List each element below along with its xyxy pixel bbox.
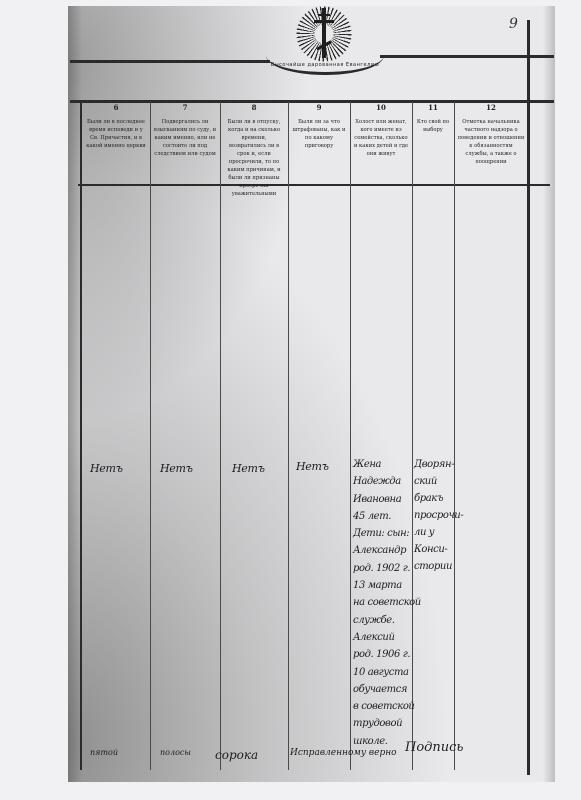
column-title: Были ли в последнее время исповеди и у С… bbox=[85, 118, 147, 150]
col-divider bbox=[454, 102, 455, 770]
entry-col10-family: Жена Надежда Ивановна 45 лет. Дети: сын:… bbox=[353, 456, 421, 750]
footer-word: пятой bbox=[90, 748, 118, 757]
emblem-ribbon: Высочайше дарованная Евангелию bbox=[266, 50, 384, 75]
text-line: Дворян- bbox=[414, 456, 463, 473]
entry-col6: Нетъ bbox=[90, 462, 123, 475]
emblem: Высочайше дарованная Евангелию bbox=[266, 6, 384, 78]
text-line: стории bbox=[414, 558, 463, 575]
entry-col11-marriage: Дворян- ский бракъ просрочи- ли у Конси-… bbox=[414, 456, 463, 575]
text-line: Конси- bbox=[414, 541, 463, 558]
text-line: Жена bbox=[353, 456, 421, 473]
column-title: Были ли за что штрафованы, как и по како… bbox=[291, 118, 347, 150]
text-line: обучается bbox=[353, 681, 421, 698]
text-line: просрочи- bbox=[414, 507, 463, 524]
col-divider bbox=[150, 102, 151, 770]
col-divider bbox=[220, 102, 221, 770]
text-line: ский bbox=[414, 473, 463, 490]
cross-bar-top bbox=[318, 14, 330, 16]
column-number: 8 bbox=[223, 104, 285, 112]
column-title: Были ли в отпуску, когда и на сколько вр… bbox=[223, 118, 285, 198]
page-number: 9 bbox=[509, 16, 518, 32]
entry-col8: Нетъ bbox=[232, 462, 265, 475]
text-line: Алексий bbox=[353, 629, 421, 646]
text-line: 13 марта bbox=[353, 577, 421, 594]
text-line: Александр bbox=[353, 542, 421, 559]
column-title: Отметка начальника частного надзора о по… bbox=[457, 118, 525, 166]
text-line: Дети: сын: bbox=[353, 525, 421, 542]
entry-col7: Нетъ bbox=[160, 462, 193, 475]
text-line: род. 1902 г. bbox=[353, 560, 421, 577]
column-title: Холост или женат, кого имеете из семейст… bbox=[353, 118, 409, 158]
column-number: 7 bbox=[153, 104, 217, 112]
text-line: 45 лет. bbox=[353, 508, 421, 525]
column-number: 10 bbox=[353, 104, 409, 112]
column-header-11: 11 Кто свой по выбору bbox=[412, 104, 454, 184]
column-header-6: 6 Были ли в последнее время исповеди и у… bbox=[82, 104, 150, 184]
column-header-7: 7 Подвергались ли взысканиям по суду, и … bbox=[150, 104, 220, 184]
text-line: на советской bbox=[353, 594, 421, 611]
column-title: Подвергались ли взысканиям по суду, и ка… bbox=[153, 118, 217, 158]
column-header-10: 10 Холост или женат, кого имеете из семе… bbox=[350, 104, 412, 184]
cross-bar-main bbox=[314, 20, 334, 23]
left-border bbox=[80, 100, 82, 770]
footer-word: полосы bbox=[160, 748, 191, 757]
header-bottom-rule bbox=[78, 184, 550, 186]
footer-signature: Подпись bbox=[405, 740, 464, 755]
header-top-rule bbox=[70, 100, 554, 103]
column-title: Кто свой по выбору bbox=[415, 118, 451, 134]
column-number: 6 bbox=[85, 104, 147, 112]
text-line: трудовой bbox=[353, 715, 421, 732]
text-line: род. 1906 г. bbox=[353, 646, 421, 663]
column-header-12: 12 Отметка начальника частного надзора о… bbox=[454, 104, 528, 184]
footer-word: сорока bbox=[215, 748, 258, 762]
column-number: 9 bbox=[291, 104, 347, 112]
column-number: 11 bbox=[415, 104, 451, 112]
text-line: бракъ bbox=[414, 490, 463, 507]
text-line: ли у bbox=[414, 524, 463, 541]
entry-col9: Нетъ bbox=[296, 460, 329, 473]
text-line: Надежда bbox=[353, 473, 421, 490]
column-number: 12 bbox=[457, 104, 525, 112]
footer-word: Исправленному верно bbox=[290, 748, 397, 758]
text-line: Ивановна bbox=[353, 491, 421, 508]
text-line: службе. bbox=[353, 612, 421, 629]
text-line: 10 августа bbox=[353, 664, 421, 681]
text-line: в советской bbox=[353, 698, 421, 715]
col-divider bbox=[288, 102, 289, 770]
column-header-9: 9 Были ли за что штрафованы, как и по ка… bbox=[288, 104, 350, 184]
col-divider bbox=[350, 102, 351, 770]
top-rule bbox=[70, 60, 270, 63]
column-header-8: 8 Были ли в отпуску, когда и на сколько … bbox=[220, 104, 288, 184]
